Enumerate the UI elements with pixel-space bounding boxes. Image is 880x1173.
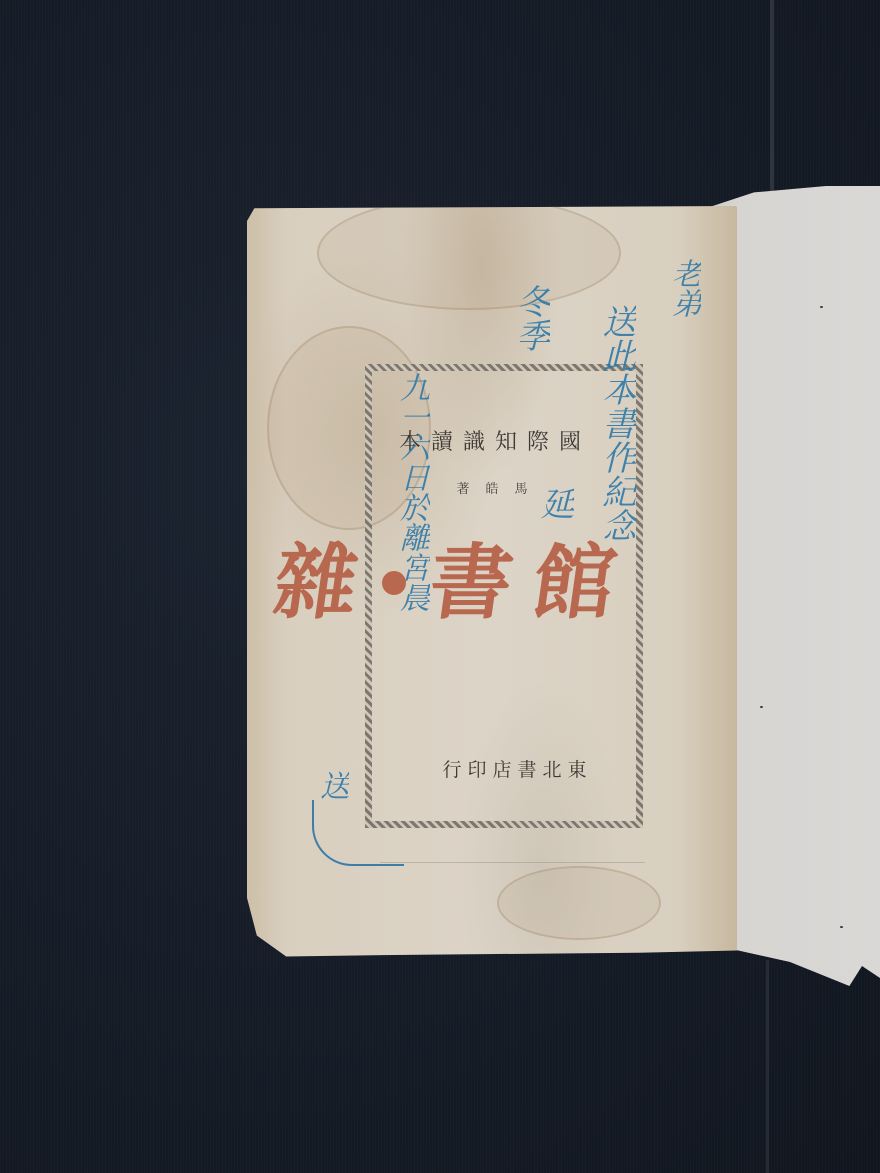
inscription-column-5: 送 <box>312 770 350 800</box>
inscription-column-3: 延 <box>532 486 576 520</box>
ink-flourish <box>312 800 404 866</box>
watermark-char: 雜 <box>269 542 363 624</box>
paper-speck <box>840 926 843 928</box>
inscription-recipient: 老弟 <box>664 258 702 318</box>
paper-speck <box>820 306 823 308</box>
inscription-column-1: 送此本書作紀念 <box>594 304 638 542</box>
water-stain <box>497 866 661 940</box>
cloth-seam <box>766 960 769 1173</box>
watermark-char: 書 <box>425 542 519 624</box>
water-stain <box>317 196 621 310</box>
watermark-dot <box>382 571 406 595</box>
cloth-seam <box>770 0 774 200</box>
watermark-char: 館 <box>527 542 621 624</box>
paper-speck <box>760 706 763 708</box>
inscription-column-2: 冬季 <box>508 284 552 352</box>
faded-rule <box>380 862 645 863</box>
watermark-stamp: 雜 書 館 <box>275 528 615 638</box>
book-publisher: 東北書店印行 <box>430 755 605 782</box>
